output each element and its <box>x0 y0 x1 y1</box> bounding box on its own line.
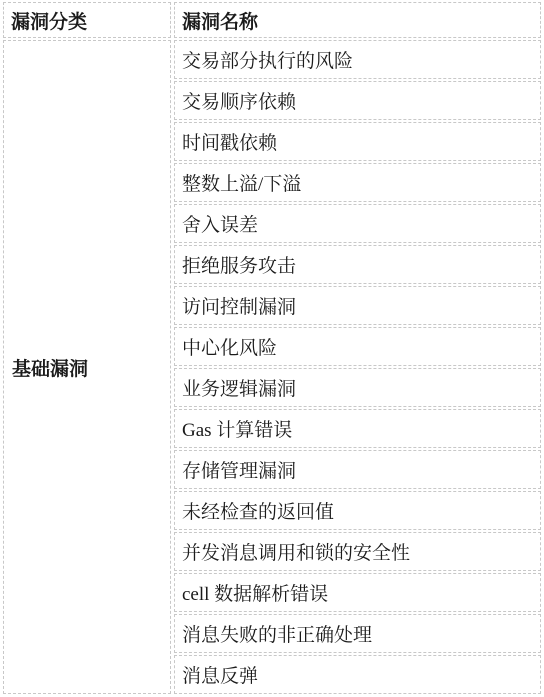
vulnerability-name: cell 数据解析错误 <box>174 573 541 612</box>
vulnerability-name: 中心化风险 <box>174 327 541 366</box>
header-cell-category: 漏洞分类 <box>3 2 171 38</box>
vulnerability-name: 存储管理漏洞 <box>174 450 541 489</box>
table-row: 基础漏洞 交易部分执行的风险 <box>3 40 541 79</box>
vulnerability-name: 舍入误差 <box>174 204 541 243</box>
header-cell-name: 漏洞名称 <box>174 2 541 38</box>
category-cell: 基础漏洞 <box>3 40 171 694</box>
vulnerability-name: 时间戳依赖 <box>174 122 541 161</box>
vulnerability-name: 整数上溢/下溢 <box>174 163 541 202</box>
vulnerability-name: 拒绝服务攻击 <box>174 245 541 284</box>
vulnerability-name: 交易顺序依赖 <box>174 81 541 120</box>
vulnerability-name: 消息失败的非正确处理 <box>174 614 541 653</box>
vulnerability-name: 并发消息调用和锁的安全性 <box>174 532 541 571</box>
header-row: 漏洞分类 漏洞名称 <box>3 2 541 38</box>
vulnerability-table: 漏洞分类 漏洞名称 基础漏洞 交易部分执行的风险 交易顺序依赖 时间戳依赖 整数… <box>0 0 544 696</box>
vulnerability-name: Gas 计算错误 <box>174 409 541 448</box>
vulnerability-name: 访问控制漏洞 <box>174 286 541 325</box>
vulnerability-name: 未经检查的返回值 <box>174 491 541 530</box>
vulnerability-name: 交易部分执行的风险 <box>174 40 541 79</box>
vulnerability-name: 业务逻辑漏洞 <box>174 368 541 407</box>
vulnerability-name: 消息反弹 <box>174 655 541 694</box>
